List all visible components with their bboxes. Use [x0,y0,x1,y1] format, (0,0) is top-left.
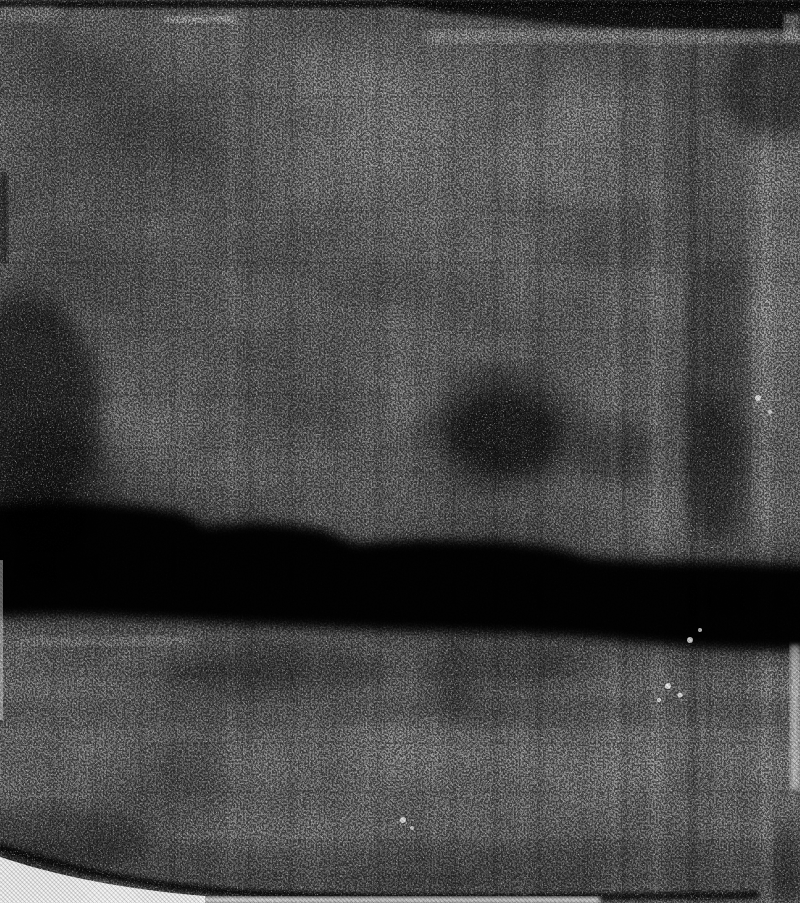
right-edge-white-sliver [790,645,800,790]
white-speck [665,683,671,689]
white-speck [410,826,414,830]
white-speck [400,817,406,823]
scanned-blot-image [0,0,800,903]
white-speck [698,628,702,632]
white-speck [755,395,761,401]
white-speck [678,693,683,698]
left-edge-white-sliver [0,560,3,720]
white-speck [657,698,661,702]
white-speck [768,410,772,414]
grain-dark-layer [0,0,800,903]
white-speck [687,637,693,643]
blot-scan-canvas [0,0,800,903]
bottom-white-strip [200,897,600,903]
